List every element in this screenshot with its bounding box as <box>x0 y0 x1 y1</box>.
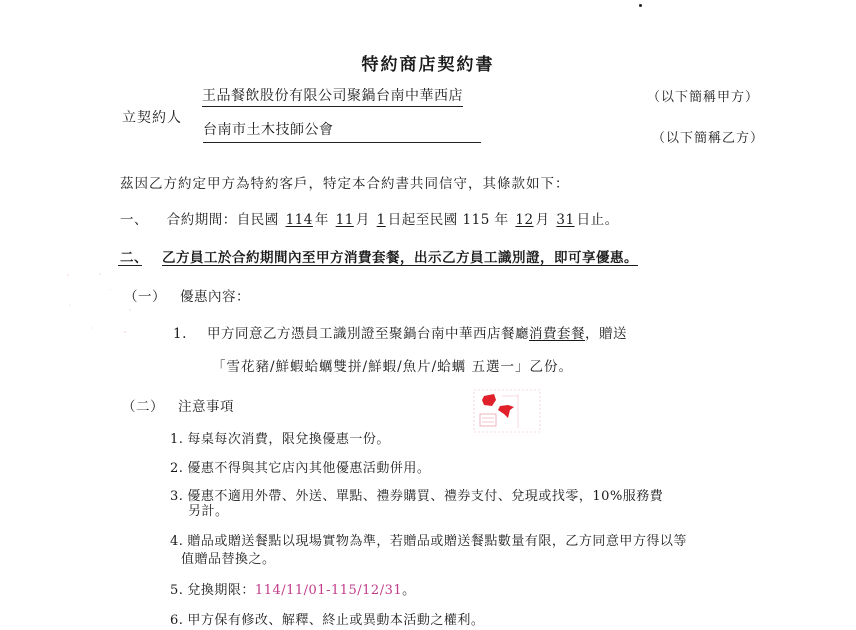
start-year: 114 <box>284 212 315 228</box>
subsection-offer-heading: （一）優惠內容： <box>124 285 250 305</box>
day-to-text: 日起至民國 115 年 <box>388 212 509 228</box>
section-number: 二、 <box>120 250 148 266</box>
item-text: 甲方同意乙方憑員工識別證至聚鍋台南中華西店餐廳 <box>207 326 529 342</box>
note-number: 5. <box>170 583 183 598</box>
section-employee-benefit: 二、乙方員工於合約期間內至甲方消費套餐，出示乙方員工識別證，即可享優惠。 <box>120 246 638 266</box>
note-text-after: 。 <box>402 583 416 598</box>
section-text: 乙方員工於合約期間內至甲方消費套餐，出示乙方員工識別證，即可享優惠。 <box>162 250 638 266</box>
party-b-underline <box>203 142 481 143</box>
note-text: 優惠不適用外帶、外送、單點、禮券購買、禮券支付、兌現或找零，10%服務費 <box>187 489 663 504</box>
start-day: 1 <box>375 212 388 228</box>
document-title: 特約商店契約書 <box>0 50 856 75</box>
note-item: 3.優惠不適用外帶、外送、單點、禮券購買、禮券支付、兌現或找零，10%服務費 <box>170 485 663 504</box>
end-day: 31 <box>554 212 576 228</box>
note-item: 1.每桌每次消費，限兌換優惠一份。 <box>170 428 390 447</box>
intro-paragraph: 茲因乙方約定甲方為特約客戶，特定本合約書共同信守，其條款如下： <box>120 172 570 192</box>
scan-artifact <box>30 270 140 350</box>
note-item: 6.甲方保有修改、解釋、終止或異動本活動之權利。 <box>170 609 484 628</box>
note-number: 4. <box>170 534 183 549</box>
note-number: 1. <box>170 432 183 447</box>
note-item: 4.贈品或贈送餐點以現場實物為準，若贈品或贈送餐點數量有限，乙方同意甲方得以等 <box>170 530 687 549</box>
offer-item-1: 1.甲方同意乙方憑員工識別證至聚鍋台南中華西店餐廳消費套餐，贈送 <box>173 322 627 342</box>
note-continuation: 另計。 <box>188 500 229 519</box>
party-a-name: 王品餐飲股份有限公司聚鍋台南中華西店 <box>202 85 463 107</box>
party-a-alias: （以下簡稱甲方） <box>647 86 759 105</box>
subsection-title: 注意事項 <box>178 399 234 415</box>
start-month: 11 <box>334 212 356 228</box>
note-item: 5.兌換期限：114/11/01-115/12/31。 <box>170 579 416 598</box>
note-number: 2. <box>170 461 183 476</box>
end-month: 12 <box>513 212 535 228</box>
note-number: 6. <box>170 613 183 628</box>
redemption-period: 114/11/01-115/12/31 <box>255 583 402 598</box>
end-text: 日止。 <box>577 212 619 228</box>
note-text: 兌換期限： <box>187 583 255 598</box>
item-number: 1. <box>173 326 207 342</box>
note-item: 2.優惠不得與其它店內其他優惠活動併用。 <box>170 457 430 476</box>
note-number: 3. <box>170 489 183 504</box>
subsection-notes-heading: （二）注意事項 <box>122 395 234 415</box>
section-contract-period: 一、 合約期間：自民國 114年 11月 1日起至民國 115 年 12月 31… <box>120 208 619 228</box>
note-text: 每桌每次消費，限兌換優惠一份。 <box>187 432 390 447</box>
party-b-name: 台南市土木技師公會 <box>203 119 334 139</box>
parties-label: 立契約人 <box>122 107 182 127</box>
section2-underline <box>118 265 142 266</box>
subsection-number: （二） <box>122 399 164 415</box>
party-b-alias: （以下簡稱乙方） <box>652 127 764 146</box>
month-text-2: 月 <box>536 212 550 228</box>
seal-stamp-icon <box>472 388 542 434</box>
note-text: 優惠不得與其它店內其他優惠活動併用。 <box>187 461 430 476</box>
subsection-title: 優惠內容： <box>180 289 250 305</box>
month-text: 月 <box>356 212 370 228</box>
scan-speck <box>639 4 642 7</box>
period-label: 合約期間：自民國 <box>167 212 279 228</box>
offer-item-1-continuation: 「雪花豬/鮮蝦蛤蠣雙拼/鮮蝦/魚片/蛤蠣 五選一」乙份。 <box>212 355 573 375</box>
note-text: 贈品或贈送餐點以現場實物為準，若贈品或贈送餐點數量有限，乙方同意甲方得以等 <box>187 534 687 549</box>
note-continuation: 值贈品替換之。 <box>181 548 276 567</box>
note-text: 甲方保有修改、解釋、終止或異動本活動之權利。 <box>187 613 484 628</box>
item-underlined-text: 消費套餐 <box>529 326 585 342</box>
section-number: 一、 <box>120 212 148 228</box>
item-text-after: ，贈送 <box>585 326 627 342</box>
year-text: 年 <box>315 212 329 228</box>
